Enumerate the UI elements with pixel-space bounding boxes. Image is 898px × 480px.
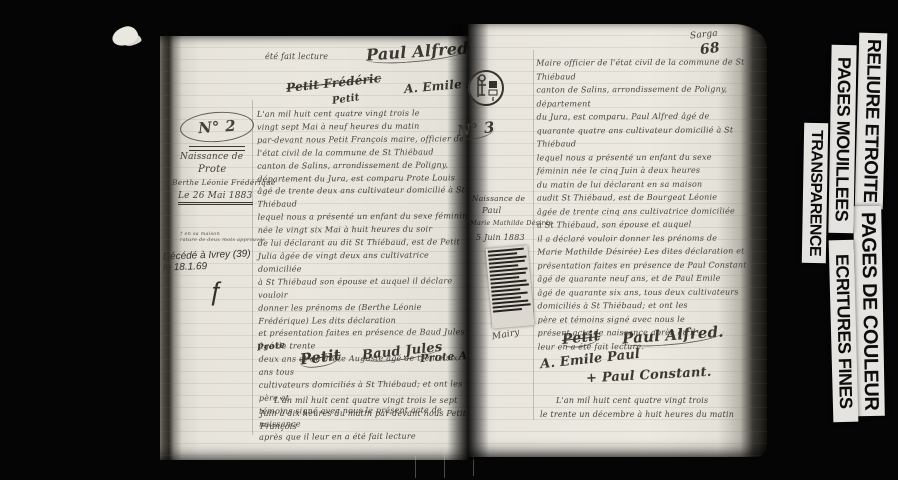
banner-transparence: TRANSPARENCE: [802, 123, 828, 263]
banner-pages-de-couleur: PAGES DE COULEUR: [853, 206, 885, 416]
death-annotation: Décédé à Ivrey (39) le 18.1.69: [163, 248, 252, 273]
act-date-right: 5 Juin 1883: [476, 233, 525, 242]
page-edge-scratch: [415, 456, 416, 478]
right-act-body: Maire officier de l'état civil de la com…: [536, 55, 752, 353]
act-title-firstnames-right: Marie Mathilde Désirée: [470, 219, 553, 227]
act-number-underline: [189, 146, 245, 151]
pasted-marginal-slip: [486, 245, 535, 328]
act-date-left: Le 26 Mai 1883: [178, 191, 253, 205]
right-margin-crease: [533, 50, 534, 420]
right-closing-paragraph: L'an mil huit cent quatre vingt trois le…: [540, 394, 760, 421]
archival-scan: N° 2 Naissance de Prote Berthe Léonie Fr…: [0, 0, 898, 480]
act-title-surname-right: Paul: [482, 206, 501, 216]
banner-pages-mouillees: PAGES MOUILLEES: [828, 45, 856, 233]
act-title-kind-left: Naissance de: [180, 152, 243, 162]
banner-ecritures-fines: ECRITURES FINES: [829, 240, 859, 423]
previous-act-fragment: été fait lecture: [265, 52, 328, 61]
left-margin-crease: [252, 100, 253, 435]
act-number-left: N° 2: [198, 117, 237, 138]
dust-speck: [110, 24, 140, 48]
page-number: 68: [699, 40, 721, 59]
paraph-mark: ƒ: [208, 276, 222, 307]
revenue-stamp-icon: [466, 63, 506, 115]
page-edge-scratch: [473, 456, 474, 476]
left-closing-paragraph: L'an mil huit cent quatre vingt trois le…: [260, 394, 472, 433]
margin-small-note: † en sa maison rature de deux mots appro…: [180, 231, 265, 243]
page-edge-scratch: [444, 452, 445, 478]
act-title-surname-left: Prote: [198, 164, 226, 175]
act-title-kind-right: Naissance de: [472, 194, 525, 203]
banner-reliure-etroite: RELIURE ETROITE: [855, 33, 888, 210]
